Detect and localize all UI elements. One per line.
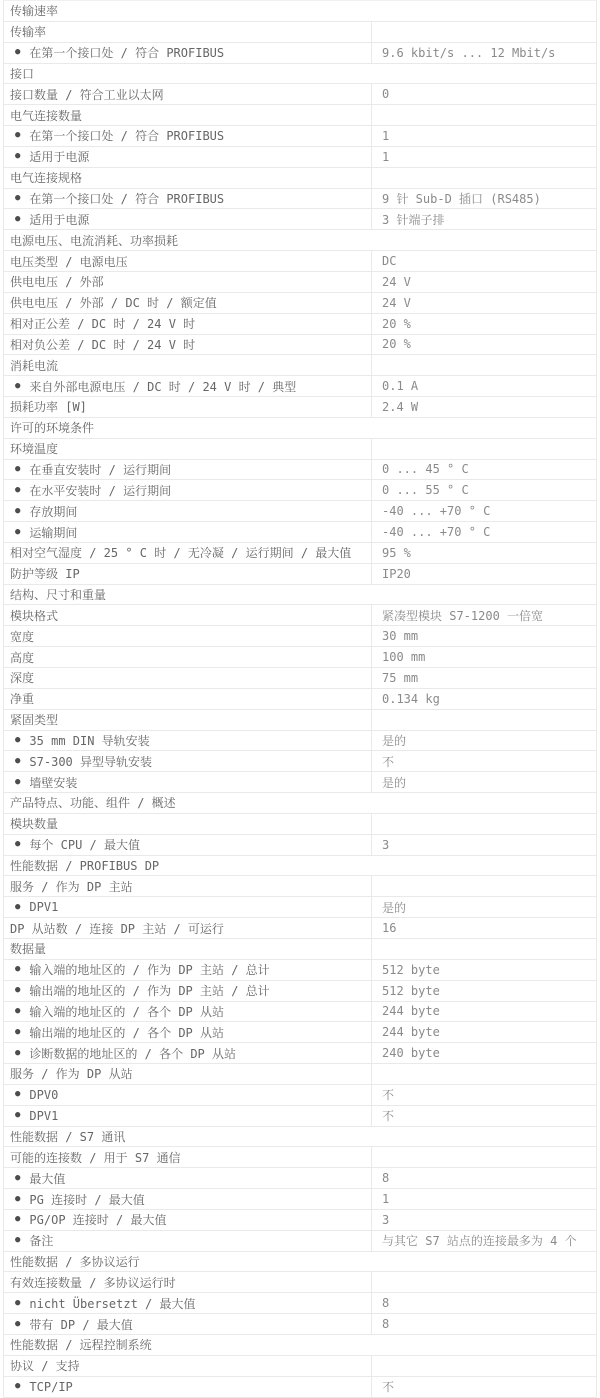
- bullet-icon: ●: [15, 152, 20, 161]
- row-label: ●输入端的地址区的 / 各个 DP 从站: [4, 1002, 371, 1022]
- row-label: ●PG 连接时 / 最大值: [4, 1189, 371, 1209]
- bullet-icon: ●: [15, 465, 20, 474]
- row-label-text: 输入端的地址区的 / 各个 DP 从站: [29, 1003, 224, 1020]
- bullet-icon: ●: [15, 1382, 20, 1391]
- row-value: 100 mm: [371, 647, 596, 667]
- row-label-text: 带有 DP / 最大值: [29, 1316, 132, 1333]
- row-label: 电气连接数量: [4, 105, 371, 125]
- row-label-text: 适用于电源: [29, 211, 89, 228]
- spec-row: 服务 / 作为 DP 主站: [4, 876, 596, 897]
- spec-row: 供电电压 / 外部24 V: [4, 272, 596, 293]
- bullet-icon: ●: [15, 48, 20, 57]
- section-title: 性能数据 / 远程控制系统: [4, 1335, 596, 1355]
- row-value: [371, 1064, 596, 1084]
- section-title: 传输速率: [4, 1, 596, 21]
- spec-row: ●35 mm DIN 导轨安装是的: [4, 731, 596, 752]
- row-label: ●35 mm DIN 导轨安装: [4, 731, 371, 751]
- spec-row: ●输入端的地址区的 / 各个 DP 从站244 byte: [4, 1002, 596, 1023]
- row-label: ●在水平安装时 / 运行期间: [4, 480, 371, 500]
- row-value: DC: [371, 251, 596, 271]
- row-value: [371, 355, 596, 375]
- row-value: [371, 168, 596, 188]
- spec-row: ●带有 DP / 最大值8: [4, 1314, 596, 1335]
- row-value: [371, 22, 596, 42]
- row-value: [371, 1272, 596, 1292]
- spec-row: 服务 / 作为 DP 从站: [4, 1064, 596, 1085]
- spec-row: ●墙壁安装是的: [4, 772, 596, 793]
- spec-row: ●诊断数据的地址区的 / 各个 DP 从站240 byte: [4, 1043, 596, 1064]
- row-value: 8: [371, 1314, 596, 1334]
- row-label: ●PG/OP 连接时 / 最大值: [4, 1210, 371, 1230]
- row-label: 损耗功率 [W]: [4, 397, 371, 417]
- bullet-icon: ●: [15, 1090, 20, 1099]
- spec-row: ●适用于电源3 针端子排: [4, 209, 596, 230]
- spec-row: ●在水平安装时 / 运行期间0 ... 55 ° C: [4, 480, 596, 501]
- row-value: 0.134 kg: [371, 689, 596, 709]
- spec-row: ●PG 连接时 / 最大值1: [4, 1189, 596, 1210]
- bullet-icon: ●: [15, 1320, 20, 1329]
- row-value: 0 ... 45 ° C: [371, 460, 596, 480]
- row-label: ●TCP/IP: [4, 1377, 371, 1397]
- row-label-text: 诊断数据的地址区的 / 各个 DP 从站: [29, 1045, 236, 1062]
- row-value: 不: [371, 1085, 596, 1105]
- row-label: 有效连接数量 / 多协议运行时: [4, 1272, 371, 1292]
- section-title: 电源电压、电流消耗、功率损耗: [4, 230, 596, 250]
- bullet-icon: ●: [15, 965, 20, 974]
- row-label-text: 在垂直安装时 / 运行期间: [29, 461, 171, 478]
- spec-row: ●来自外部电源电压 / DC 时 / 24 V 时 / 典型0.1 A: [4, 376, 596, 397]
- row-value: 紧凑型模块 S7-1200 一倍宽: [371, 605, 596, 625]
- spec-row: 传输率: [4, 22, 596, 43]
- row-label: 深度: [4, 668, 371, 688]
- row-value: 24 V: [371, 293, 596, 313]
- bullet-icon: ●: [15, 1236, 20, 1245]
- bullet-icon: ●: [15, 1049, 20, 1058]
- bullet-icon: ●: [15, 1174, 20, 1183]
- row-value: 95 %: [371, 543, 596, 563]
- spec-row: ●PG/OP 连接时 / 最大值3: [4, 1210, 596, 1231]
- row-label: 接口数量 / 符合工业以太网: [4, 84, 371, 104]
- row-value: 是的: [371, 772, 596, 792]
- spec-row: 相对空气湿度 / 25 ° C 时 / 无冷凝 / 运行期间 / 最大值95 %: [4, 543, 596, 564]
- row-label: ●运输期间: [4, 522, 371, 542]
- row-label: ●DPV0: [4, 1085, 371, 1105]
- section-row: 产品特点、功能、组件 / 概述: [4, 793, 596, 814]
- row-value: 3: [371, 835, 596, 855]
- row-value: [371, 1147, 596, 1167]
- row-value: 9 针 Sub-D 插口 (RS485): [371, 189, 596, 209]
- spec-row: 模块数量: [4, 814, 596, 835]
- spec-row: 可能的连接数 / 用于 S7 通信: [4, 1147, 596, 1168]
- spec-row: ●每个 CPU / 最大值3: [4, 835, 596, 856]
- bullet-icon: ●: [15, 1195, 20, 1204]
- row-value: 不: [371, 1106, 596, 1126]
- row-label-text: 最大值: [29, 1170, 65, 1187]
- row-label: 相对负公差 / DC 时 / 24 V 时: [4, 335, 371, 355]
- bullet-icon: ●: [15, 757, 20, 766]
- bullet-icon: ●: [15, 382, 20, 391]
- row-label: DP 从站数 / 连接 DP 主站 / 可运行: [4, 918, 371, 938]
- row-label: ●nicht Übersetzt / 最大值: [4, 1293, 371, 1313]
- section-row: 传输速率: [4, 1, 596, 22]
- row-value: 240 byte: [371, 1043, 596, 1063]
- spec-row: DP 从站数 / 连接 DP 主站 / 可运行16: [4, 918, 596, 939]
- spec-row: ●最大值8: [4, 1168, 596, 1189]
- bullet-icon: ●: [15, 1299, 20, 1308]
- row-label-text: PG/OP 连接时 / 最大值: [29, 1211, 166, 1228]
- row-label: 模块数量: [4, 814, 371, 834]
- row-label: 防护等级 IP: [4, 564, 371, 584]
- row-label-text: TCP/IP: [29, 1380, 72, 1394]
- spec-row: ●适用于电源1: [4, 147, 596, 168]
- row-label: 供电电压 / 外部 / DC 时 / 额定值: [4, 293, 371, 313]
- row-value: 是的: [371, 731, 596, 751]
- section-row: 接口: [4, 64, 596, 85]
- row-label: ●适用于电源: [4, 147, 371, 167]
- spec-row: 损耗功率 [W]2.4 W: [4, 397, 596, 418]
- row-label: 净重: [4, 689, 371, 709]
- row-value: [371, 439, 596, 459]
- row-label-text: 35 mm DIN 导轨安装: [29, 732, 149, 749]
- spec-row: ●输入端的地址区的 / 作为 DP 主站 / 总计512 byte: [4, 960, 596, 981]
- row-label: ●诊断数据的地址区的 / 各个 DP 从站: [4, 1043, 371, 1063]
- row-value: 244 byte: [371, 1022, 596, 1042]
- row-label-text: DPV0: [29, 1088, 58, 1102]
- row-value: [371, 1356, 596, 1376]
- row-label: ●带有 DP / 最大值: [4, 1314, 371, 1334]
- spec-row: ●在第一个接口处 / 符合 PROFIBUS9 针 Sub-D 插口 (RS48…: [4, 189, 596, 210]
- row-label: 电气连接规格: [4, 168, 371, 188]
- bullet-icon: ●: [15, 1028, 20, 1037]
- row-value: 2.4 W: [371, 397, 596, 417]
- spec-row: 电气连接数量: [4, 105, 596, 126]
- spec-row: 供电电压 / 外部 / DC 时 / 额定值24 V: [4, 293, 596, 314]
- spec-row: ●TCP/IP不: [4, 1377, 596, 1398]
- row-label-text: 存放期间: [29, 503, 77, 520]
- spec-row: 电压类型 / 电源电压DC: [4, 251, 596, 272]
- row-value: 30 mm: [371, 626, 596, 646]
- row-label-text: 来自外部电源电压 / DC 时 / 24 V 时 / 典型: [29, 378, 296, 395]
- row-label: 相对正公差 / DC 时 / 24 V 时: [4, 314, 371, 334]
- row-label-text: 输入端的地址区的 / 作为 DP 主站 / 总计: [29, 961, 269, 978]
- row-value: 是的: [371, 897, 596, 917]
- row-value: 16: [371, 918, 596, 938]
- row-label: ●DPV1: [4, 1106, 371, 1126]
- spec-row: 净重0.134 kg: [4, 689, 596, 710]
- row-label: 环境温度: [4, 439, 371, 459]
- row-value: 与其它 S7 站点的连接最多为 4 个: [371, 1231, 596, 1251]
- row-value: 512 byte: [371, 960, 596, 980]
- section-title: 产品特点、功能、组件 / 概述: [4, 793, 596, 813]
- spec-row: ●运输期间-40 ... +70 ° C: [4, 522, 596, 543]
- row-label: ●在第一个接口处 / 符合 PROFIBUS: [4, 43, 371, 63]
- row-label-text: 备注: [29, 1232, 53, 1249]
- bullet-icon: ●: [15, 131, 20, 140]
- row-value: 75 mm: [371, 668, 596, 688]
- spec-row: ●DPV0不: [4, 1085, 596, 1106]
- row-value: 0: [371, 84, 596, 104]
- bullet-icon: ●: [15, 986, 20, 995]
- bullet-icon: ●: [15, 736, 20, 745]
- spec-row: 防护等级 IPIP20: [4, 564, 596, 585]
- row-label: ●输出端的地址区的 / 各个 DP 从站: [4, 1022, 371, 1042]
- row-label: 消耗电流: [4, 355, 371, 375]
- row-label: 传输率: [4, 22, 371, 42]
- spec-row: 相对负公差 / DC 时 / 24 V 时20 %: [4, 335, 596, 356]
- spec-row: 深度75 mm: [4, 668, 596, 689]
- row-label: 供电电压 / 外部: [4, 272, 371, 292]
- row-label: ●在第一个接口处 / 符合 PROFIBUS: [4, 189, 371, 209]
- spec-row: 环境温度: [4, 439, 596, 460]
- row-label: ●DPV1: [4, 897, 371, 917]
- spec-row: ●在第一个接口处 / 符合 PROFIBUS1: [4, 126, 596, 147]
- bullet-icon: ●: [15, 486, 20, 495]
- spec-row: ●DPV1不: [4, 1106, 596, 1127]
- bullet-icon: ●: [15, 1111, 20, 1120]
- row-label: ●存放期间: [4, 501, 371, 521]
- row-value: 20 %: [371, 314, 596, 334]
- bullet-icon: ●: [15, 840, 20, 849]
- row-label: ●墙壁安装: [4, 772, 371, 792]
- section-title: 接口: [4, 64, 596, 84]
- spec-row: 模块格式紧凑型模块 S7-1200 一倍宽: [4, 605, 596, 626]
- bullet-icon: ●: [15, 215, 20, 224]
- row-value: 不: [371, 1377, 596, 1397]
- row-label-text: 输出端的地址区的 / 各个 DP 从站: [29, 1024, 224, 1041]
- section-row: 结构、尺寸和重量: [4, 585, 596, 606]
- row-label: ●备注: [4, 1231, 371, 1251]
- spec-row: ●备注与其它 S7 站点的连接最多为 4 个: [4, 1231, 596, 1252]
- row-value: 512 byte: [371, 981, 596, 1001]
- spec-row: 相对正公差 / DC 时 / 24 V 时20 %: [4, 314, 596, 335]
- row-label: ●在第一个接口处 / 符合 PROFIBUS: [4, 126, 371, 146]
- spec-row: 宽度30 mm: [4, 626, 596, 647]
- spec-row: ●nicht Übersetzt / 最大值8: [4, 1293, 596, 1314]
- row-value: 3: [371, 1210, 596, 1230]
- row-label: ●最大值: [4, 1168, 371, 1188]
- row-value: 0 ... 55 ° C: [371, 480, 596, 500]
- row-label: 相对空气湿度 / 25 ° C 时 / 无冷凝 / 运行期间 / 最大值: [4, 543, 371, 563]
- row-label: 数据量: [4, 939, 371, 959]
- row-label-text: 墙壁安装: [29, 774, 77, 791]
- section-row: 性能数据 / S7 通讯: [4, 1127, 596, 1148]
- spec-row: ●S7-300 异型导轨安装不: [4, 751, 596, 772]
- bullet-icon: ●: [15, 778, 20, 787]
- row-value: [371, 876, 596, 896]
- row-label: ●来自外部电源电压 / DC 时 / 24 V 时 / 典型: [4, 376, 371, 396]
- row-label: 服务 / 作为 DP 主站: [4, 876, 371, 896]
- row-label: 模块格式: [4, 605, 371, 625]
- row-value: 不: [371, 751, 596, 771]
- section-title: 性能数据 / S7 通讯: [4, 1127, 596, 1147]
- section-title: 许可的环境条件: [4, 418, 596, 438]
- section-row: 性能数据 / 多协议运行: [4, 1252, 596, 1273]
- spec-row: ●输出端的地址区的 / 作为 DP 主站 / 总计512 byte: [4, 981, 596, 1002]
- row-value: 244 byte: [371, 1002, 596, 1022]
- section-row: 许可的环境条件: [4, 418, 596, 439]
- spec-row: 高度100 mm: [4, 647, 596, 668]
- row-value: [371, 105, 596, 125]
- row-label-text: DPV1: [29, 900, 58, 914]
- spec-row: 有效连接数量 / 多协议运行时: [4, 1272, 596, 1293]
- spec-row: ●在第一个接口处 / 符合 PROFIBUS9.6 kbit/s ... 12 …: [4, 43, 596, 64]
- bullet-icon: ●: [15, 1215, 20, 1224]
- bullet-icon: ●: [15, 1007, 20, 1016]
- section-title: 结构、尺寸和重量: [4, 585, 596, 605]
- row-value: 1: [371, 147, 596, 167]
- row-label-text: 每个 CPU / 最大值: [29, 836, 140, 853]
- spec-row: ●存放期间-40 ... +70 ° C: [4, 501, 596, 522]
- row-value: 9.6 kbit/s ... 12 Mbit/s: [371, 43, 596, 63]
- row-label: 电压类型 / 电源电压: [4, 251, 371, 271]
- row-value: 1: [371, 126, 596, 146]
- row-label-text: S7-300 异型导轨安装: [29, 753, 152, 770]
- row-value: 8: [371, 1293, 596, 1313]
- row-label: 宽度: [4, 626, 371, 646]
- row-label: ●适用于电源: [4, 209, 371, 229]
- row-value: -40 ... +70 ° C: [371, 522, 596, 542]
- spec-row: ●输出端的地址区的 / 各个 DP 从站244 byte: [4, 1022, 596, 1043]
- row-value: [371, 814, 596, 834]
- spec-table: 传输速率传输率●在第一个接口处 / 符合 PROFIBUS9.6 kbit/s …: [3, 0, 597, 1398]
- row-label-text: 在水平安装时 / 运行期间: [29, 482, 171, 499]
- spec-row: 紧固类型: [4, 710, 596, 731]
- section-row: 性能数据 / 远程控制系统: [4, 1335, 596, 1356]
- row-value: IP20: [371, 564, 596, 584]
- spec-row: ●DPV1是的: [4, 897, 596, 918]
- row-label-text: 适用于电源: [29, 148, 89, 165]
- spec-row: 协议 / 支持: [4, 1356, 596, 1377]
- row-value: 24 V: [371, 272, 596, 292]
- row-value: 1: [371, 1189, 596, 1209]
- spec-row: 数据量: [4, 939, 596, 960]
- row-label: ●S7-300 异型导轨安装: [4, 751, 371, 771]
- section-title: 性能数据 / PROFIBUS DP: [4, 856, 596, 876]
- row-label: ●输入端的地址区的 / 作为 DP 主站 / 总计: [4, 960, 371, 980]
- bullet-icon: ●: [15, 528, 20, 537]
- spec-row: 接口数量 / 符合工业以太网0: [4, 84, 596, 105]
- row-value: -40 ... +70 ° C: [371, 501, 596, 521]
- row-value: 0.1 A: [371, 376, 596, 396]
- section-row: 性能数据 / PROFIBUS DP: [4, 856, 596, 877]
- row-label-text: 在第一个接口处 / 符合 PROFIBUS: [29, 190, 224, 207]
- spec-row: ●在垂直安装时 / 运行期间0 ... 45 ° C: [4, 460, 596, 481]
- row-label-text: nicht Übersetzt / 最大值: [29, 1295, 195, 1312]
- row-label: 高度: [4, 647, 371, 667]
- row-label-text: 运输期间: [29, 524, 77, 541]
- row-label-text: DPV1: [29, 1109, 58, 1123]
- row-label: ●输出端的地址区的 / 作为 DP 主站 / 总计: [4, 981, 371, 1001]
- row-label-text: 在第一个接口处 / 符合 PROFIBUS: [29, 127, 224, 144]
- bullet-icon: ●: [15, 194, 20, 203]
- row-value: 3 针端子排: [371, 209, 596, 229]
- row-value: 8: [371, 1168, 596, 1188]
- bullet-icon: ●: [15, 507, 20, 516]
- spec-row: 电气连接规格: [4, 168, 596, 189]
- row-value: [371, 710, 596, 730]
- row-value: 20 %: [371, 335, 596, 355]
- section-row: 电源电压、电流消耗、功率损耗: [4, 230, 596, 251]
- spec-row: 消耗电流: [4, 355, 596, 376]
- row-label-text: 在第一个接口处 / 符合 PROFIBUS: [29, 44, 224, 61]
- row-label-text: 输出端的地址区的 / 作为 DP 主站 / 总计: [29, 982, 269, 999]
- row-value: [371, 939, 596, 959]
- row-label: ●在垂直安装时 / 运行期间: [4, 460, 371, 480]
- row-label: 可能的连接数 / 用于 S7 通信: [4, 1147, 371, 1167]
- row-label: ●每个 CPU / 最大值: [4, 835, 371, 855]
- row-label: 协议 / 支持: [4, 1356, 371, 1376]
- row-label: 服务 / 作为 DP 从站: [4, 1064, 371, 1084]
- row-label: 紧固类型: [4, 710, 371, 730]
- section-title: 性能数据 / 多协议运行: [4, 1252, 596, 1272]
- bullet-icon: ●: [15, 903, 20, 912]
- row-label-text: PG 连接时 / 最大值: [29, 1191, 144, 1208]
